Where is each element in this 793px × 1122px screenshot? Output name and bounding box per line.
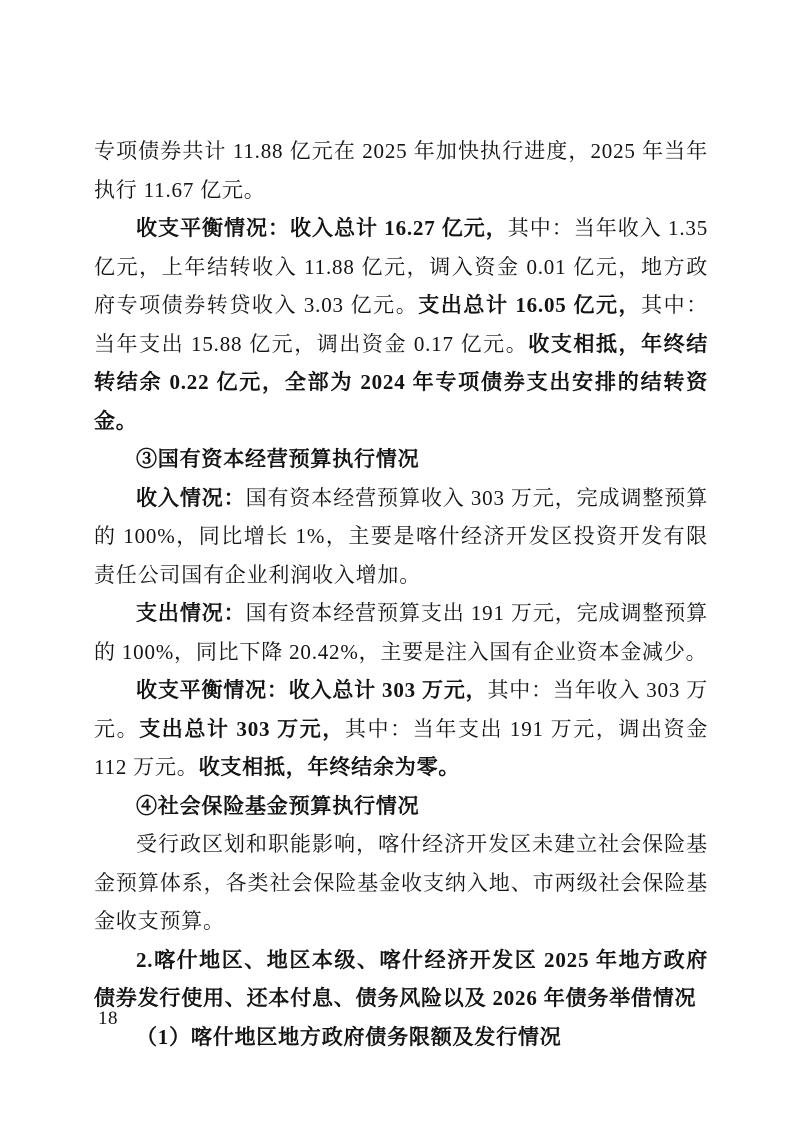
paragraph-social-insurance-note: 受行政区划和职能影响，喀什经济开发区未建立社会保险基金预算体系，各类社会保险基金… xyxy=(94,825,708,941)
text-run-bold: 支出情况： xyxy=(136,601,246,625)
heading-state-capital-budget: ③国有资本经营预算执行情况 xyxy=(94,440,708,479)
paragraph-state-capital-balance: 收支平衡情况：收入总计 303 万元，其中：当年收入 303 万元。支出总计 3… xyxy=(94,671,708,787)
document-body: 专项债券共计 11.88 亿元在 2025 年加快执行进度，2025 年当年执行… xyxy=(94,132,708,1056)
heading-debt-section: 2.喀什地区、地区本级、喀什经济开发区 2025 年地方政府债券发行使用、还本付… xyxy=(94,941,708,1018)
text-run-bold: 收支相抵，年终结余为零。 xyxy=(199,755,461,779)
paragraph-special-bond-execution: 专项债券共计 11.88 亿元在 2025 年加快执行进度，2025 年当年执行… xyxy=(94,132,708,209)
heading-social-insurance-budget: ④社会保险基金预算执行情况 xyxy=(94,787,708,826)
text-run: 受行政区划和职能影响，喀什经济开发区未建立社会保险基金预算体系，各类社会保险基金… xyxy=(94,832,708,933)
paragraph-fund-budget-balance: 收支平衡情况：收入总计 16.27 亿元，其中：当年收入 1.35 亿元，上年结… xyxy=(94,209,708,440)
text-run-bold: 收支平衡情况：收入总计 303 万元， xyxy=(136,678,487,702)
text-run-bold: 收支平衡情况：收入总计 16.27 亿元， xyxy=(136,216,508,240)
text-run-bold: 支出总计 16.05 亿元， xyxy=(418,293,641,317)
text-run: 专项债券共计 11.88 亿元在 2025 年加快执行进度，2025 年当年执行… xyxy=(94,139,708,202)
heading-debt-limit-issuance: （1）喀什地区地方政府债务限额及发行情况 xyxy=(94,1018,708,1057)
text-run-bold: 支出总计 303 万元， xyxy=(139,717,345,741)
text-run-bold: 收入情况： xyxy=(136,486,246,510)
heading-text: ③国有资本经营预算执行情况 xyxy=(136,447,419,471)
document-page: 专项债券共计 11.88 亿元在 2025 年加快执行进度，2025 年当年执行… xyxy=(0,0,793,1122)
heading-text: ④社会保险基金预算执行情况 xyxy=(136,794,419,818)
heading-text: 2.喀什地区、地区本级、喀什经济开发区 2025 年地方政府债券发行使用、还本付… xyxy=(94,948,708,1011)
paragraph-state-capital-expenditure: 支出情况：国有资本经营预算支出 191 万元，完成调整预算的 100%，同比下降… xyxy=(94,594,708,671)
paragraph-state-capital-income: 收入情况：国有资本经营预算收入 303 万元，完成调整预算的 100%，同比增长… xyxy=(94,479,708,595)
heading-text: （1）喀什地区地方政府债务限额及发行情况 xyxy=(136,1025,562,1049)
page-number: 18 xyxy=(98,1008,118,1030)
